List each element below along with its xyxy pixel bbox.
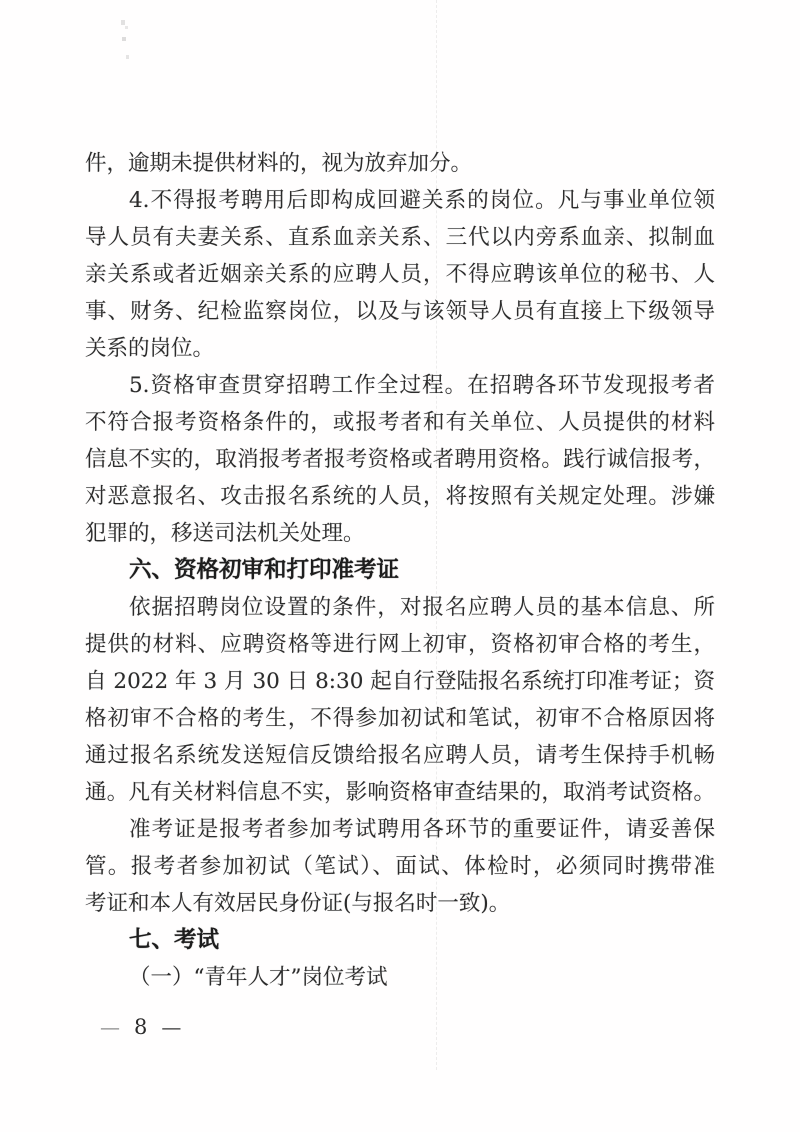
- text-line: 不符合报考资格条件的，或报考者和有关单位、人员提供的材料: [85, 404, 715, 441]
- document-body: 件，逾期未提供材料的，视为放弃加分。4.不得报考聘用后即构成回避关系的岗位。凡与…: [85, 145, 715, 996]
- text-line: 事、财务、纪检监察岗位，以及与该领导人员有直接上下级领导: [85, 293, 715, 330]
- text-line: （一）“青年人才”岗位考试: [85, 959, 715, 996]
- footer-dash-left: —: [100, 1010, 120, 1044]
- text-line: 准考证是报考者参加考试聘用各环节的重要证件，请妥善保: [85, 811, 715, 848]
- text-line: 管。报考者参加初试（笔试）、面试、体检时，必须同时携带准: [85, 848, 715, 885]
- text-line: 通。凡有关材料信息不实，影响资格审查结果的，取消考试资格。: [85, 774, 715, 811]
- scan-speck: [121, 20, 125, 25]
- text-line: 对恶意报名、攻击报名系统的人员，将按照有关规定处理。涉嫌: [85, 478, 715, 515]
- text-line: 格初审不合格的考生，不得参加初试和笔试，初审不合格原因将: [85, 700, 715, 737]
- scan-speck: [122, 37, 126, 41]
- text-line: 依据招聘岗位设置的条件，对报名应聘人员的基本信息、所: [85, 589, 715, 626]
- text-line: 提供的材料、应聘资格等进行网上初审，资格初审合格的考生，: [85, 626, 715, 663]
- section-heading: 六、资格初审和打印准考证: [85, 552, 715, 589]
- text-line: 导人员有夫妻关系、直系血亲关系、三代以内旁系血亲、拟制血: [85, 219, 715, 256]
- scanned-document-page: 件，逾期未提供材料的，视为放弃加分。4.不得报考聘用后即构成回避关系的岗位。凡与…: [0, 0, 800, 1132]
- text-line: 4.不得报考聘用后即构成回避关系的岗位。凡与事业单位领: [85, 182, 715, 219]
- footer-dash-right: —: [161, 1010, 181, 1044]
- text-line: 关系的岗位。: [85, 330, 715, 367]
- text-line: 亲关系或者近姻亲关系的应聘人员，不得应聘该单位的秘书、人: [85, 256, 715, 293]
- page-footer: — 8 —: [100, 1010, 181, 1044]
- section-heading: 七、考试: [85, 922, 715, 959]
- footer-page-number: 8: [134, 1010, 147, 1044]
- text-line: 犯罪的，移送司法机关处理。: [85, 515, 715, 552]
- text-line: 5.资格审查贯穿招聘工作全过程。在招聘各环节发现报考者: [85, 367, 715, 404]
- text-line: 件，逾期未提供材料的，视为放弃加分。: [85, 145, 715, 182]
- text-line: 考证和本人有效居民身份证(与报名时一致)。: [85, 885, 715, 922]
- text-line: 通过报名系统发送短信反馈给报名应聘人员，请考生保持手机畅: [85, 737, 715, 774]
- scan-speck: [125, 26, 128, 29]
- text-line: 自 2022 年 3 月 30 日 8:30 起自行登陆报名系统打印准考证；资: [85, 663, 715, 700]
- text-line: 信息不实的，取消报考者报考资格或者聘用资格。践行诚信报考，: [85, 441, 715, 478]
- scan-speck: [126, 55, 129, 59]
